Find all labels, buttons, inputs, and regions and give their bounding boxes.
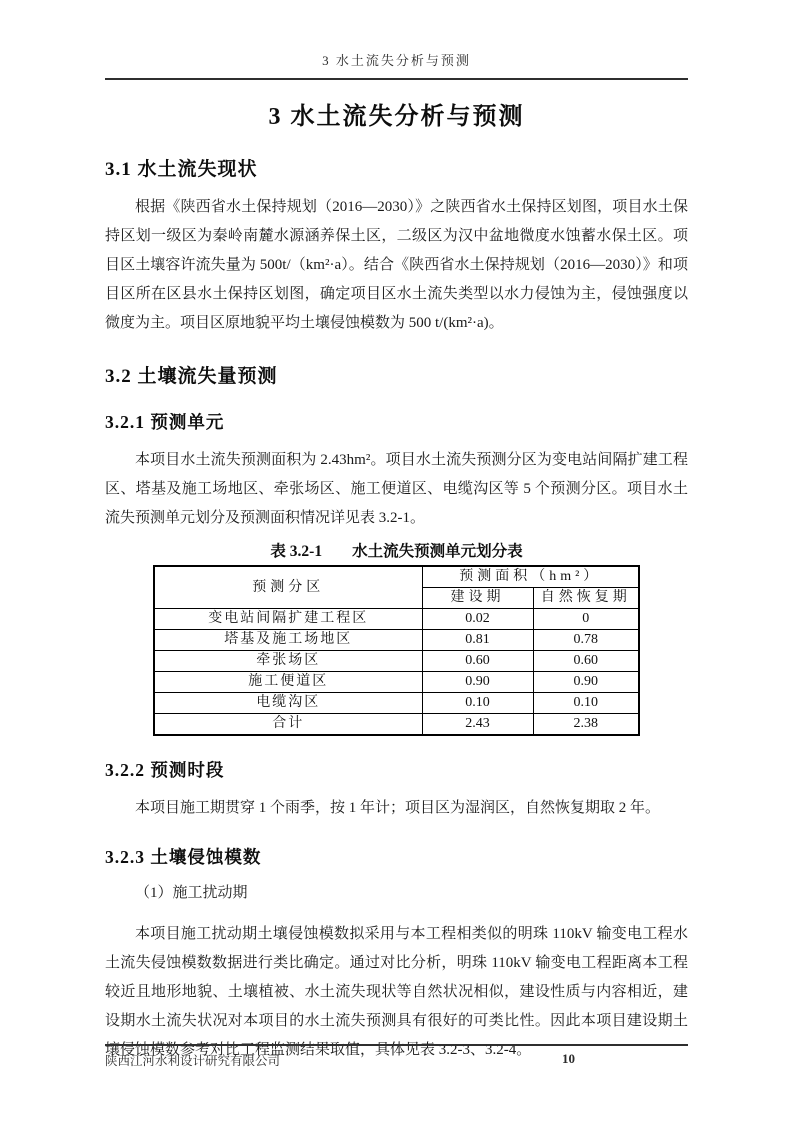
- chapter-title: 3 水土流失分析与预测: [105, 96, 688, 131]
- recovery-area-cell: 0: [533, 609, 639, 630]
- col-header-zone: 预测分区: [154, 566, 422, 609]
- paragraph-3-2-2: 本项目施工期贯穿 1 个雨季，按 1 年计；项目区为湿润区，自然恢复期取 2 年…: [105, 794, 688, 823]
- page-number: 10: [562, 1051, 575, 1067]
- construction-area-cell: 0.60: [422, 651, 533, 672]
- zone-name-cell: 电缆沟区: [154, 693, 422, 714]
- zone-name-cell: 牵张场区: [154, 651, 422, 672]
- section-heading-3-2: 3.2 土壤流失量预测: [105, 361, 688, 388]
- construction-area-cell: 2.43: [422, 714, 533, 736]
- recovery-area-cell: 2.38: [533, 714, 639, 736]
- zone-name-cell: 施工便道区: [154, 672, 422, 693]
- recovery-area-cell: 0.90: [533, 672, 639, 693]
- table-row: 合计2.432.38: [154, 714, 639, 736]
- prediction-table-body: 变电站间隔扩建工程区0.020塔基及施工场地区0.810.78牵张场区0.600…: [154, 609, 639, 736]
- table-caption-title: 水土流失预测单元划分表: [352, 543, 523, 560]
- table-header-row-1: 预测分区 预测面积（hm²）: [154, 566, 639, 588]
- recovery-area-cell: 0.78: [533, 630, 639, 651]
- recovery-area-cell: 0.10: [533, 693, 639, 714]
- running-footer: 陕西江河水利设计研究有限公司 10: [105, 1044, 688, 1069]
- col-header-area-group: 预测面积（hm²）: [422, 566, 639, 588]
- zone-name-cell: 变电站间隔扩建工程区: [154, 609, 422, 630]
- document-page: 3 水土流失分析与预测 3 水土流失分析与预测 3.1 水土流失现状 根据《陕西…: [0, 0, 793, 1122]
- list-item-1-construction-period: （1）施工扰动期: [105, 879, 688, 908]
- table-caption-label: 表 3.2-1: [270, 543, 322, 560]
- zone-name-cell: 合计: [154, 714, 422, 736]
- table-row: 电缆沟区0.100.10: [154, 693, 639, 714]
- footer-company-name: 陕西江河水利设计研究有限公司: [105, 1054, 280, 1068]
- zone-name-cell: 塔基及施工场地区: [154, 630, 422, 651]
- table-row: 牵张场区0.600.60: [154, 651, 639, 672]
- construction-area-cell: 0.02: [422, 609, 533, 630]
- recovery-area-cell: 0.60: [533, 651, 639, 672]
- section-heading-3-2-2: 3.2.2 预测时段: [105, 757, 688, 782]
- paragraph-3-2-1: 本项目水土流失预测面积为 2.43hm²。项目水土流失预测分区为变电站间隔扩建工…: [105, 446, 688, 533]
- paragraph-3-1: 根据《陕西省水土保持规划（2016—2030）》之陕西省水土保持区划图，项目水土…: [105, 193, 688, 338]
- construction-area-cell: 0.90: [422, 672, 533, 693]
- table-row: 塔基及施工场地区0.810.78: [154, 630, 639, 651]
- table-caption: 表 3.2-1水土流失预测单元划分表: [105, 539, 688, 561]
- page-content: 3 水土流失分析与预测 3.1 水土流失现状 根据《陕西省水土保持规划（2016…: [105, 0, 688, 1065]
- table-row: 变电站间隔扩建工程区0.020: [154, 609, 639, 630]
- section-heading-3-2-1: 3.2.1 预测单元: [105, 409, 688, 434]
- construction-area-cell: 0.81: [422, 630, 533, 651]
- section-heading-3-1: 3.1 水土流失现状: [105, 154, 688, 181]
- col-header-construction: 建设期: [422, 588, 533, 609]
- construction-area-cell: 0.10: [422, 693, 533, 714]
- col-header-recovery: 自然恢复期: [533, 588, 639, 609]
- prediction-unit-table: 预测分区 预测面积（hm²） 建设期 自然恢复期 变电站间隔扩建工程区0.020…: [153, 565, 640, 736]
- table-row: 施工便道区0.900.90: [154, 672, 639, 693]
- section-heading-3-2-3: 3.2.3 土壤侵蚀模数: [105, 844, 688, 869]
